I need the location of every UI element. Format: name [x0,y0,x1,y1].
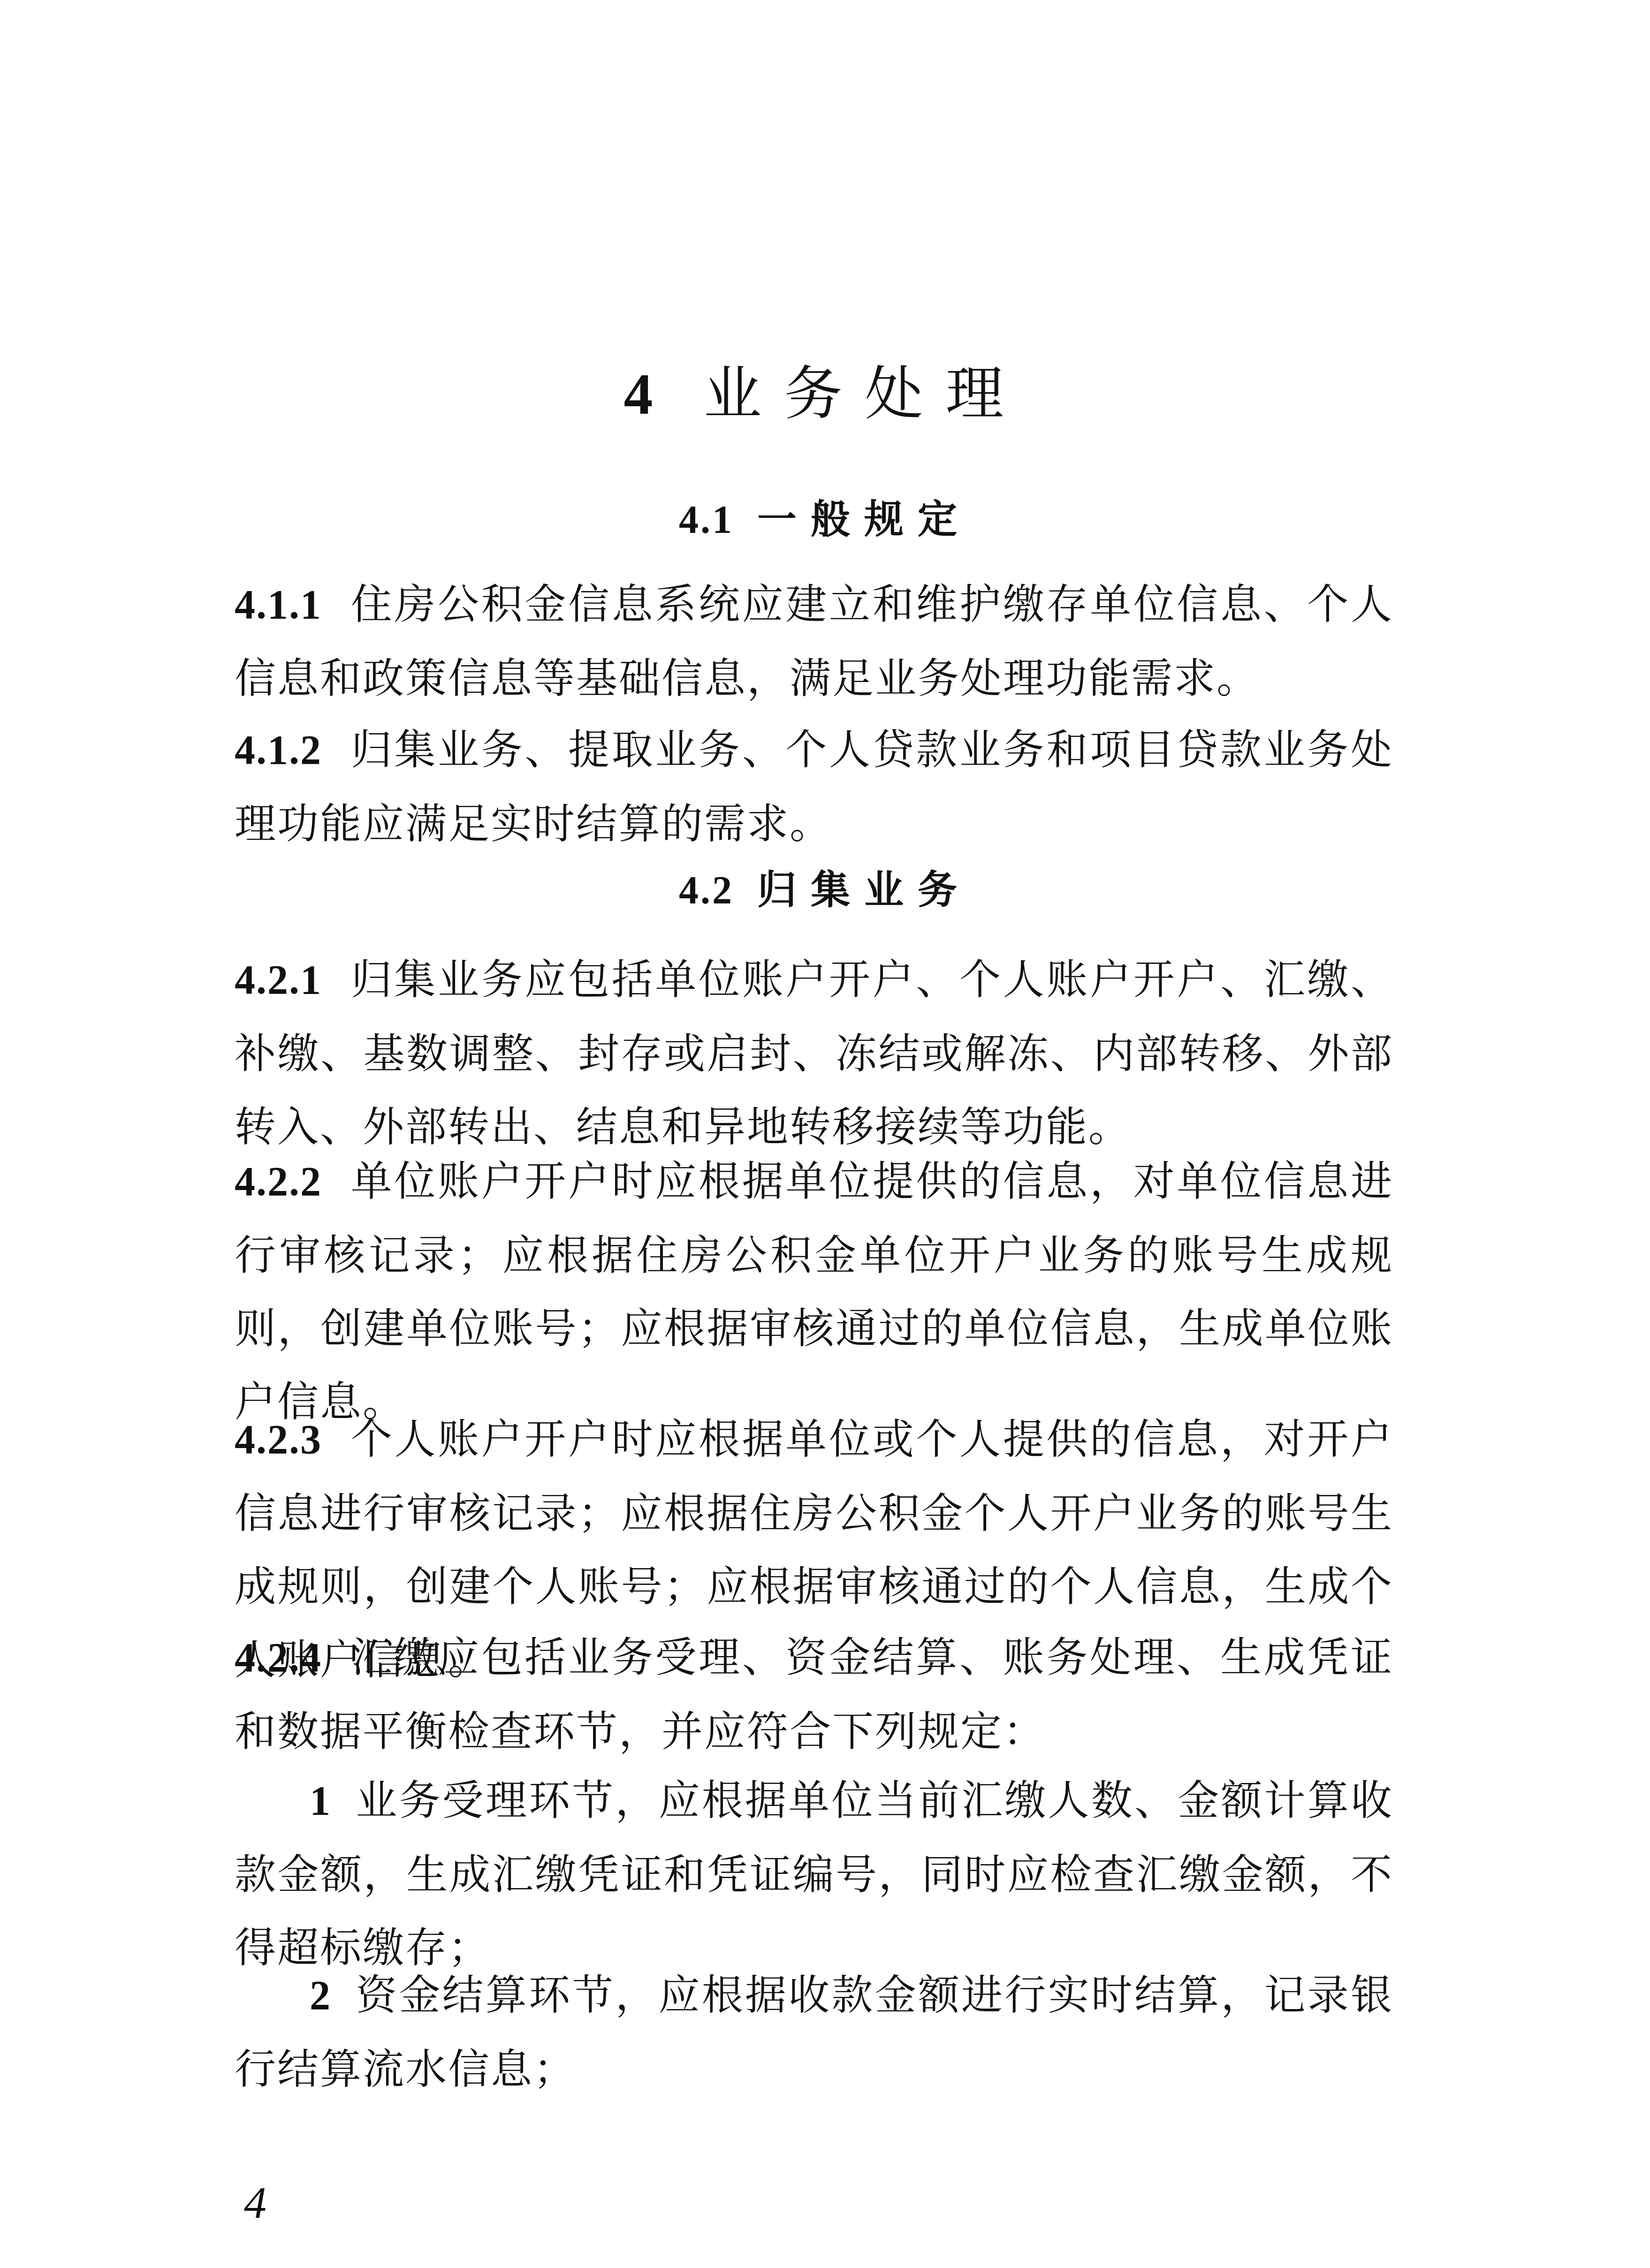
page-number: 4 [244,2177,266,2229]
clause-text: 汇缴应包括业务受理、资金结算、账务处理、生成凭证和数据平衡检查环节，并应符合下列… [235,1633,1393,1755]
document-page: 4业务处理 4.1一般规定 4.1.1住房公积金信息系统应建立和维护缴存单位信息… [0,0,1650,2268]
clause-text: 归集业务应包括单位账户开户、个人账户开户、汇缴、补缴、基数调整、封存或启封、冻结… [235,955,1393,1151]
clause-text: 单位账户开户时应根据单位提供的信息，对单位信息进行审核记录；应根据住房公积金单位… [235,1157,1393,1426]
clause-4-1-2: 4.1.2归集业务、提取业务、个人贷款业务和项目贷款业务处理功能应满足实时结算的… [235,713,1393,860]
chapter-title: 4业务处理 [0,347,1650,431]
section-title-text: 归集业务 [757,867,971,913]
clause-4-1-1: 4.1.1住房公积金信息系统应建立和维护缴存单位信息、个人信息和政策信息等基础信… [235,568,1393,715]
item-number: 2 [310,1973,332,2018]
clause-number: 4.2.2 [235,1159,322,1205]
clause-text: 住房公积金信息系统应建立和维护缴存单位信息、个人信息和政策信息等基础信息，满足业… [235,580,1393,702]
section-title-4-1: 4.1一般规定 [0,488,1650,545]
section-title-text: 一般规定 [757,496,971,542]
clause-number: 4.2.4 [235,1635,322,1681]
clause-4-2-4-item-1: 1业务受理环节，应根据单位当前汇缴人数、金额计算收款金额，生成汇缴凭证和凭证编号… [235,1764,1393,1984]
clause-number: 4.1.2 [235,728,322,773]
section-number: 4.1 [679,498,734,542]
clause-number: 4.1.1 [235,582,322,628]
section-title-4-2: 4.2归集业务 [0,858,1650,915]
clause-number: 4.2.3 [235,1417,322,1463]
section-number: 4.2 [679,869,734,912]
chapter-number: 4 [624,362,675,426]
item-text: 业务受理环节，应根据单位当前汇缴人数、金额计算收款金额，生成汇缴凭证和凭证编号，… [235,1776,1393,1972]
clause-4-2-1: 4.2.1归集业务应包括单位账户开户、个人账户开户、汇缴、补缴、基数调整、封存或… [235,943,1393,1163]
clause-text: 归集业务、提取业务、个人贷款业务和项目贷款业务处理功能应满足实时结算的需求。 [235,725,1393,848]
clause-4-2-2: 4.2.2单位账户开户时应根据单位提供的信息，对单位信息进行审核记录；应根据住房… [235,1145,1393,1438]
item-number: 1 [310,1778,332,1824]
chapter-title-text: 业务处理 [703,360,1026,428]
item-text: 资金结算环节，应根据收款金额进行实时结算，记录银行结算流水信息； [235,1971,1393,2093]
clause-4-2-4: 4.2.4汇缴应包括业务受理、资金结算、账务处理、生成凭证和数据平衡检查环节，并… [235,1621,1393,1768]
clause-number: 4.2.1 [235,957,322,1003]
clause-4-2-4-item-2: 2资金结算环节，应根据收款金额进行实时结算，记录银行结算流水信息； [235,1958,1393,2106]
